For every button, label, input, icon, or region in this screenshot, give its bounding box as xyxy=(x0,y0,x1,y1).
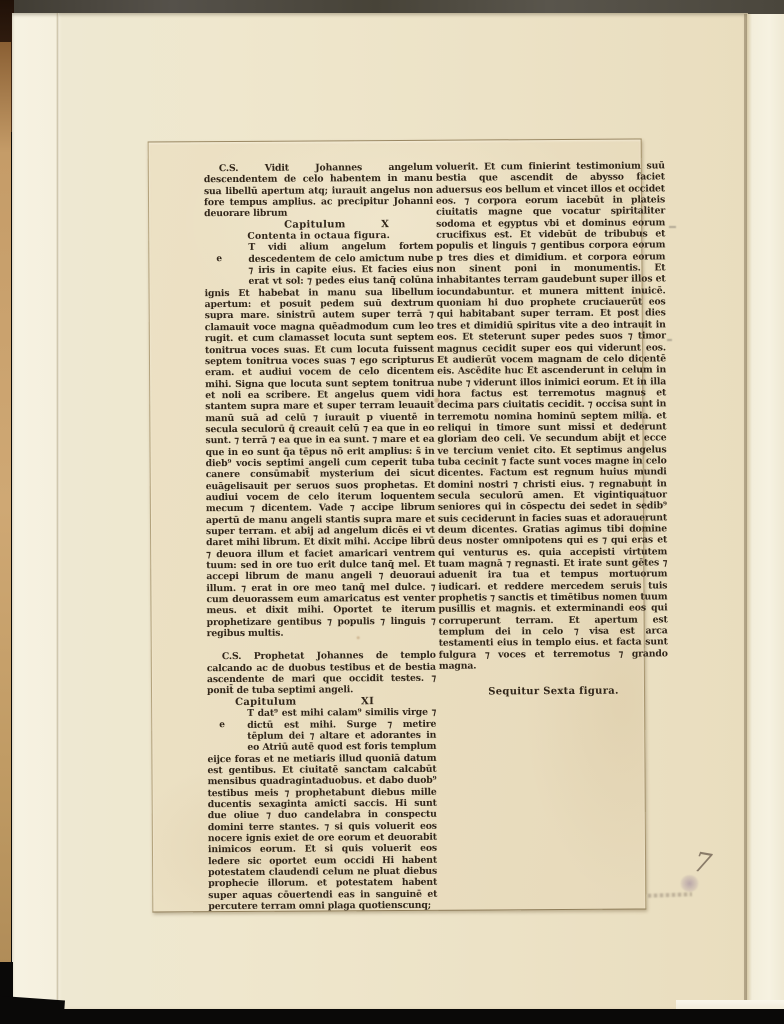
chapter-x-body: T vidi alium angelum fortem descedentem … xyxy=(205,241,436,639)
chapter-xi-summary: C.S. Prophetat Johannes de templo calcan… xyxy=(207,650,436,697)
guide-letter: e xyxy=(216,254,222,265)
fox-spot xyxy=(357,636,360,639)
chapter-heading-numeral: XI xyxy=(361,696,374,707)
text-column-left: C.S. Vidit Johannes angelum descendentem… xyxy=(204,162,438,913)
fox-spot xyxy=(434,398,439,403)
photograph: C.S. Vidit Johannes angelum descendentem… xyxy=(0,0,784,1024)
text-column-right: voluerit. Et cum finierint testimonium s… xyxy=(436,160,668,698)
chapter-heading-label: Capitulum xyxy=(235,696,297,708)
board-edge xyxy=(0,42,11,968)
page-stack-edge xyxy=(747,14,784,1009)
colophon-line: Sequitur Sexta figura. xyxy=(439,686,668,699)
mat-blemish xyxy=(669,226,676,228)
chapter-x-summary: C.S. Vidit Johannes angelum descendentem… xyxy=(204,162,433,220)
chapter-heading-label: Capitulum xyxy=(284,219,346,231)
chapter-x-body-block: e T vidi alium angelum fortem descedente… xyxy=(204,241,435,639)
chapter-heading-numeral: X xyxy=(381,219,389,230)
incunable-leaf: C.S. Vidit Johannes angelum descendentem… xyxy=(148,138,647,912)
mat-fold-line xyxy=(56,13,59,1010)
guide-letter: e xyxy=(219,720,225,731)
collection-stamp xyxy=(680,875,699,892)
dropcap-space: e xyxy=(207,708,247,753)
mat-blemish xyxy=(667,339,672,341)
backdrop-top-band xyxy=(0,0,784,14)
backdrop-bottom-band xyxy=(0,1009,784,1024)
chapter-xi-body-block: e T dat⁹ est mihi calam⁹ similis virge ⁊… xyxy=(207,707,437,913)
dropcap-space: e xyxy=(204,242,248,287)
right-column-body: voluerit. Et cum finierint testimonium s… xyxy=(436,160,668,672)
